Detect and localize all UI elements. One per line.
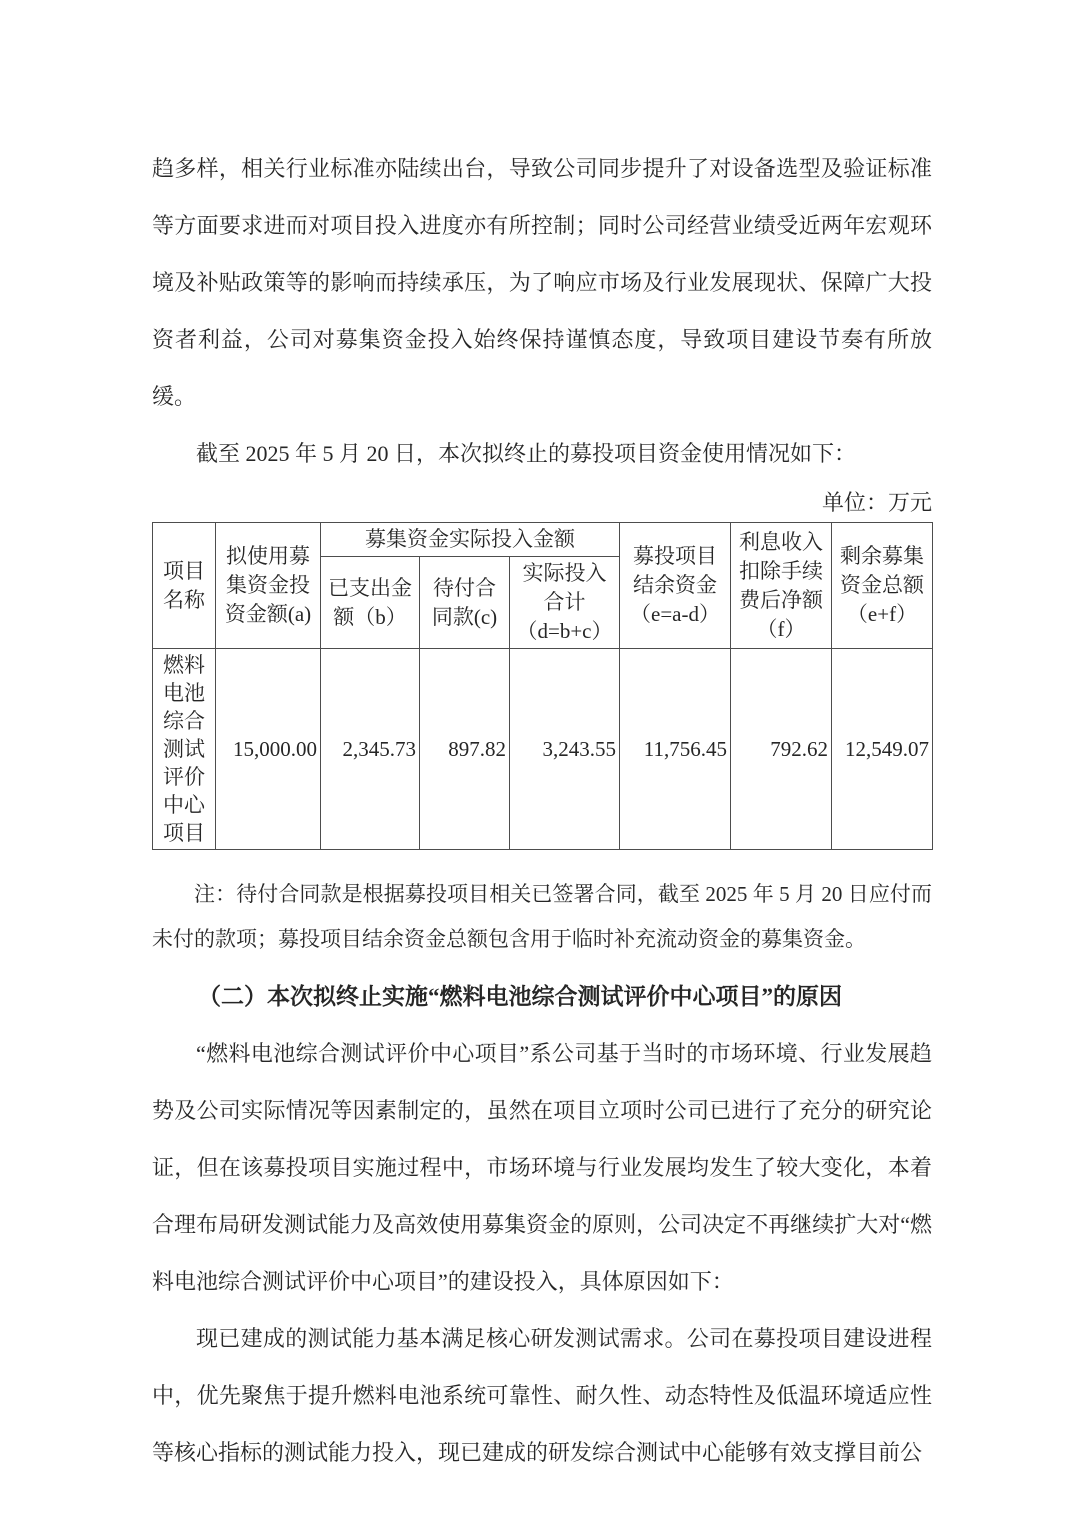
cell-interest-net: 792.62	[731, 649, 832, 850]
fund-usage-table: 项目名称 拟使用募集资金投资金额(a) 募集资金实际投入金额 募投项目结余资金（…	[152, 522, 933, 850]
paragraph-continuation: 趋多样，相关行业标准亦陆续出台，导致公司同步提升了对设备选型及验证标准等方面要求…	[152, 140, 932, 425]
col-header-remaining-total: 剩余募集资金总额（e+f）	[832, 523, 933, 649]
section-heading-reason: （二）本次拟终止实施“燃料电池综合测试评价中心项目”的原因	[152, 968, 932, 1025]
col-group-header-actual-input: 募集资金实际投入金额	[321, 523, 620, 557]
col-header-pending-contract: 待付合同款(c)	[420, 557, 510, 649]
cell-paid-amount: 2,345.73	[321, 649, 420, 850]
cell-project-name: 燃料电池综合测试评价中心项目	[153, 649, 216, 850]
document-page: 趋多样，相关行业标准亦陆续出台，导致公司同步提升了对设备选型及验证标准等方面要求…	[0, 0, 1080, 1528]
col-header-planned-investment: 拟使用募集资金投资金额(a)	[216, 523, 321, 649]
cell-pending-contract: 897.82	[420, 649, 510, 850]
cell-remaining-total: 12,549.07	[832, 649, 933, 850]
cell-surplus-funds: 11,756.45	[620, 649, 731, 850]
col-header-interest-net: 利息收入扣除手续费后净额（f）	[731, 523, 832, 649]
table-row: 燃料电池综合测试评价中心项目 15,000.00 2,345.73 897.82…	[153, 649, 933, 850]
paragraph-reason-overview: “燃料电池综合测试评价中心项目”系公司基于当时的市场环境、行业发展趋势及公司实际…	[152, 1025, 932, 1310]
paragraph-table-intro: 截至 2025 年 5 月 20 日，本次拟终止的募投项目资金使用情况如下：	[152, 425, 932, 482]
table-header-row-1: 项目名称 拟使用募集资金投资金额(a) 募集资金实际投入金额 募投项目结余资金（…	[153, 523, 933, 557]
cell-planned-investment: 15,000.00	[216, 649, 321, 850]
cell-actual-total: 3,243.55	[510, 649, 620, 850]
col-header-surplus-funds: 募投项目结余资金（e=a-d）	[620, 523, 731, 649]
col-header-paid-amount: 已支出金额（b）	[321, 557, 420, 649]
table-footnote: 注：待付合同款是根据募投项目相关已签署合同，截至 2025 年 5 月 20 日…	[152, 872, 932, 962]
table-unit-label: 单位：万元	[152, 488, 932, 518]
col-header-actual-total: 实际投入 合计 （d=b+c）	[510, 557, 620, 649]
paragraph-reason-detail: 现已建成的测试能力基本满足核心研发测试需求。公司在募投项目建设进程中，优先聚焦于…	[152, 1310, 932, 1481]
col-header-project-name: 项目名称	[153, 523, 216, 649]
